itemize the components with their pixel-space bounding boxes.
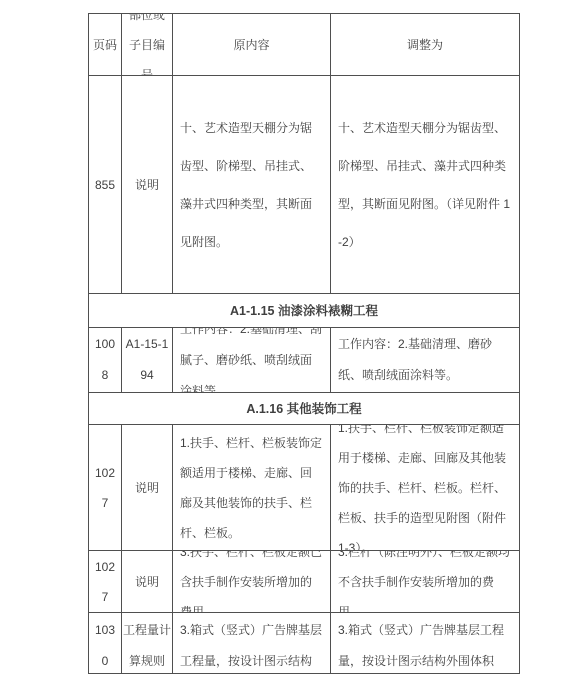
cell-adjusted: 3.箱式（竖式）广告牌基层工程量，按设计图示结构外围体积以“m³”计算。 — [331, 613, 519, 673]
header-cell-page: 页码 — [89, 14, 122, 75]
header-cell-item: 部位或子目编号 — [122, 14, 173, 75]
cell-page: 855 — [89, 76, 122, 293]
section-title: A1-1.15 油漆涂料裱糊工程 — [89, 294, 519, 327]
table-row: 1027 说明 3.扶手、栏杆、栏板定额已含扶手制作安装所增加的费用。 3.栏杆… — [89, 551, 519, 613]
cell-page: 1027 — [89, 551, 122, 612]
header-cell-adjusted: 调整为 — [331, 14, 519, 75]
header-cell-original: 原内容 — [173, 14, 331, 75]
cell-item: A1-15-194 — [122, 328, 173, 392]
section-title: A.1.16 其他装饰工程 — [89, 393, 519, 424]
cell-original: 工作内容：2.基础清理、刮腻子、磨砂纸、喷刮绒面涂料等。 — [173, 328, 331, 392]
table-header-row: 页码 部位或子目编号 原内容 调整为 — [89, 14, 519, 76]
table-row: 1008 A1-15-194 工作内容：2.基础清理、刮腻子、磨砂纸、喷刮绒面涂… — [89, 328, 519, 393]
cell-page: 1008 — [89, 328, 122, 392]
cell-item: 说明 — [122, 425, 173, 550]
cell-item: 说明 — [122, 551, 173, 612]
cell-page: 1030 — [89, 613, 122, 673]
cell-item: 工程量计算规则 — [122, 613, 173, 673]
cell-original: 3.扶手、栏杆、栏板定额已含扶手制作安装所增加的费用。 — [173, 551, 331, 612]
cell-original: 3.箱式（竖式）广告牌基层工程量，按设计图示结构外围面 — [173, 613, 331, 673]
adjustment-table: 页码 部位或子目编号 原内容 调整为 855 说明 十、艺术造型天棚分为锯齿型、… — [88, 13, 520, 674]
cell-original: 十、艺术造型天棚分为锯齿型、阶梯型、吊挂式、藻井式四种类型，其断面见附图。 — [173, 76, 331, 293]
cell-original: 1.扶手、栏杆、栏板装饰定额适用于楼梯、走廊、回廊及其他装饰的扶手、栏杆、栏板。 — [173, 425, 331, 550]
cell-page: 1027 — [89, 425, 122, 550]
cell-item: 说明 — [122, 76, 173, 293]
document-page: 页码 部位或子目编号 原内容 调整为 855 说明 十、艺术造型天棚分为锯齿型、… — [0, 0, 580, 680]
section-header-row: A1-1.15 油漆涂料裱糊工程 — [89, 294, 519, 328]
section-header-row: A.1.16 其他装饰工程 — [89, 393, 519, 425]
cell-adjusted: 1.扶手、栏杆、栏板装饰定额适用于楼梯、走廊、回廊及其他装饰的扶手、栏杆、栏板。… — [331, 425, 519, 550]
cell-adjusted: 工作内容：2.基础清理、磨砂纸、喷刮绒面涂料等。 — [331, 328, 519, 392]
table-row: 1027 说明 1.扶手、栏杆、栏板装饰定额适用于楼梯、走廊、回廊及其他装饰的扶… — [89, 425, 519, 551]
cell-adjusted: 3.栏杆（除注明外）、栏板定额均不含扶手制作安装所增加的费用。 — [331, 551, 519, 612]
cell-adjusted: 十、艺术造型天棚分为锯齿型、阶梯型、吊挂式、藻井式四种类型，其断面见附图。（详见… — [331, 76, 519, 293]
table-row: 855 说明 十、艺术造型天棚分为锯齿型、阶梯型、吊挂式、藻井式四种类型，其断面… — [89, 76, 519, 294]
table-row: 1030 工程量计算规则 3.箱式（竖式）广告牌基层工程量，按设计图示结构外围面… — [89, 613, 519, 673]
